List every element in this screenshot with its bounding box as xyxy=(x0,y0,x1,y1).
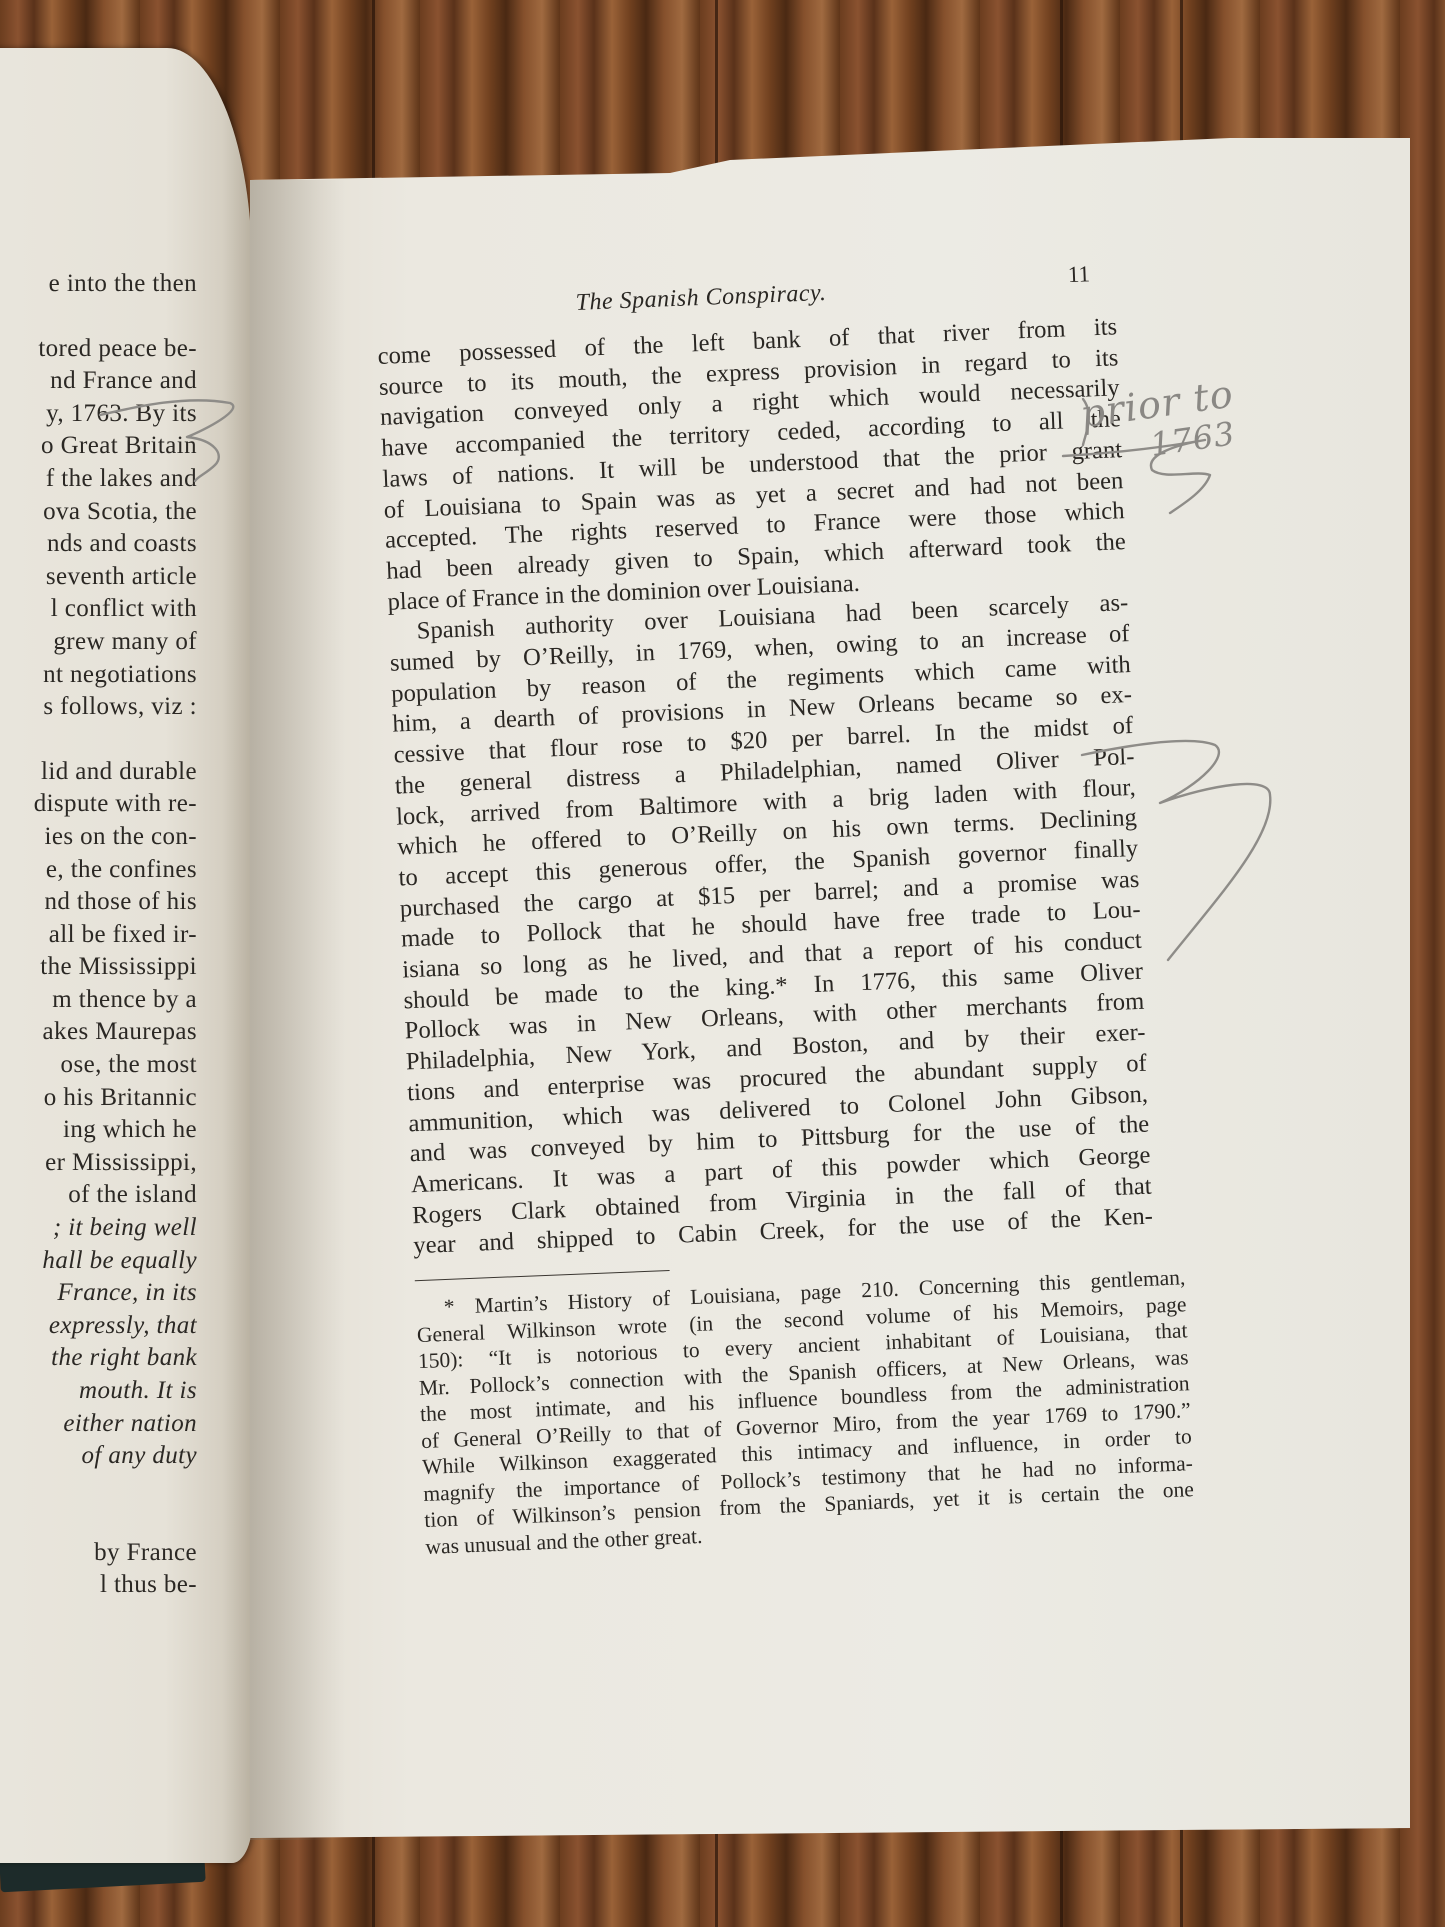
line-gap xyxy=(0,724,197,756)
text-line: ova Scotia, the xyxy=(0,496,197,529)
running-title: The Spanish Conspiracy. xyxy=(575,280,827,317)
text-line: o his Britannic xyxy=(0,1082,197,1115)
text-line: ; it being well xyxy=(0,1212,197,1245)
text-line: er Mississippi, xyxy=(0,1147,197,1180)
text-line: mouth. It is xyxy=(0,1375,197,1408)
text-line: the right bank xyxy=(0,1342,197,1375)
text-line: tored peace be- xyxy=(0,333,197,366)
text-line: l conflict with xyxy=(0,593,197,626)
text-line: seventh article xyxy=(0,561,197,594)
text-line: hall be equally xyxy=(0,1245,197,1278)
text-line: either nation xyxy=(0,1408,197,1441)
text-line: s follows, viz : xyxy=(0,691,197,724)
right-page-content: The Spanish Conspiracy. 11 come possesse… xyxy=(375,260,1165,1560)
text-line: nd France and xyxy=(0,365,197,398)
text-line: akes Maurepas xyxy=(0,1016,197,1049)
text-line: the Mississippi xyxy=(0,951,197,984)
text-line: expressly, that xyxy=(0,1310,197,1343)
left-page-text: e into the thentored peace be-nd France … xyxy=(0,268,197,1602)
text-line: of the island xyxy=(0,1179,197,1212)
text-line: e into the then xyxy=(0,268,197,301)
text-line: grew many of xyxy=(0,626,197,659)
text-line: y, 1763. By its xyxy=(0,398,197,431)
text-line: all be fixed ir- xyxy=(0,919,197,952)
text-line: e, the confines xyxy=(0,854,197,887)
line-gap xyxy=(0,301,197,333)
text-line: m thence by a xyxy=(0,984,197,1017)
footnote: * Martin’s History of Louisiana, page 21… xyxy=(415,1264,1195,1560)
text-line: dispute with re- xyxy=(0,788,197,821)
page-number: 11 xyxy=(1067,261,1090,288)
left-page: e into the thentored peace be-nd France … xyxy=(0,48,252,1863)
text-line: o Great Britain xyxy=(0,430,197,463)
line-gap xyxy=(0,1505,197,1537)
text-line: ies on the con- xyxy=(0,821,197,854)
text-line: nds and coasts xyxy=(0,528,197,561)
text-line: f the lakes and xyxy=(0,463,197,496)
text-line: l thus be- xyxy=(0,1569,197,1602)
text-line: nd those of his xyxy=(0,886,197,919)
text-line: France, in its xyxy=(0,1277,197,1310)
text-line: lid and durable xyxy=(0,756,197,789)
body-text: come possessed of the left bank of that … xyxy=(377,312,1153,1262)
text-line: by France xyxy=(0,1537,197,1570)
footnote-rule xyxy=(415,1270,670,1281)
text-line: of any duty xyxy=(0,1440,197,1473)
line-gap xyxy=(0,1473,197,1505)
text-line: ose, the most xyxy=(0,1049,197,1082)
text-line: nt negotiations xyxy=(0,659,197,692)
text-line: ing which he xyxy=(0,1114,197,1147)
